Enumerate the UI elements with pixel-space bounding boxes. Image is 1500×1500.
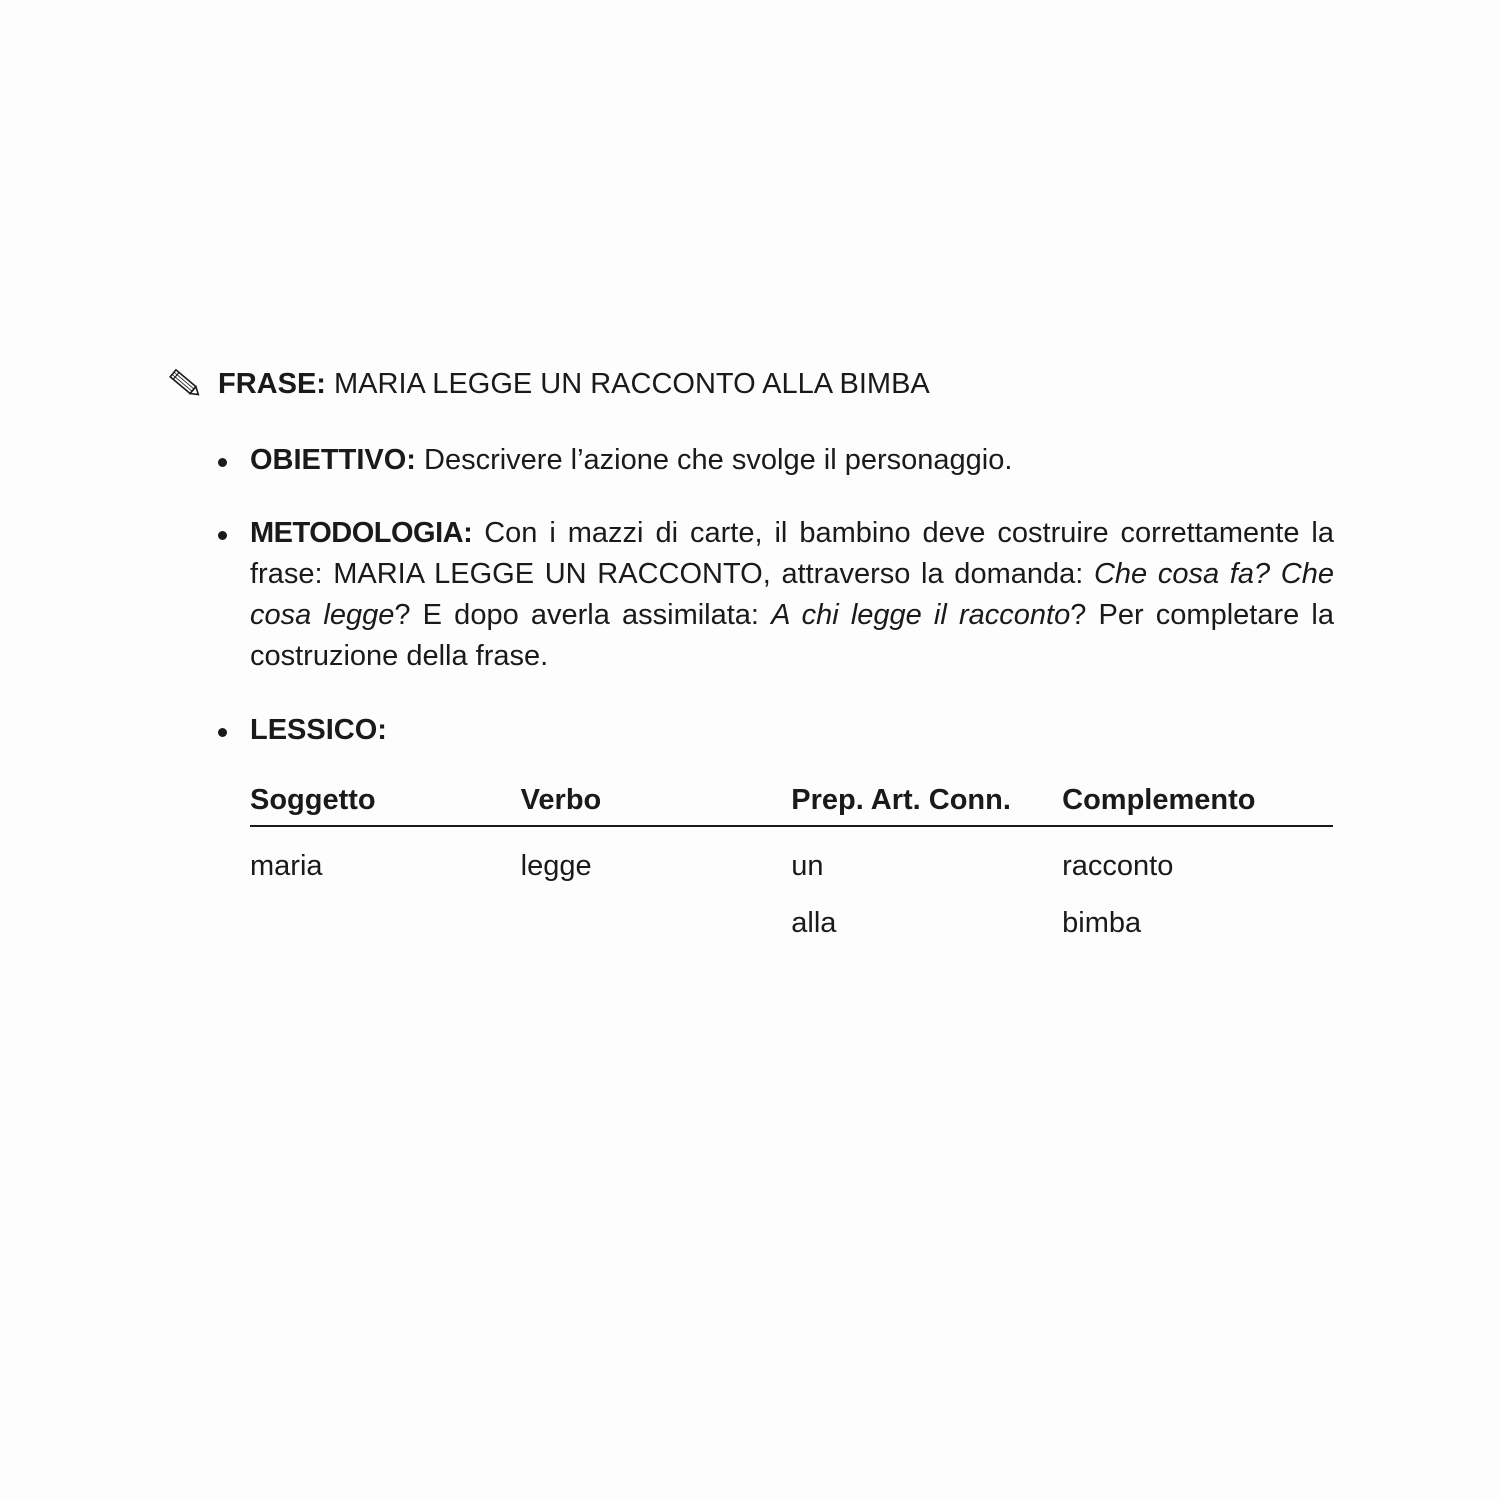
metodologia-paragraph: METODOLOGIA: Con i mazzi di carte, il ba…	[250, 513, 1334, 677]
table-cell: un	[791, 826, 1062, 883]
bullet-icon	[218, 531, 227, 540]
table-cell	[250, 883, 521, 940]
metodologia-question-2: A chi legge il racconto	[771, 599, 1070, 631]
table-cell: alla	[791, 883, 1062, 940]
table-cell: racconto	[1062, 826, 1333, 883]
table-cell	[521, 883, 792, 940]
metodologia-text: ? E dopo averla assimilata:	[394, 599, 771, 631]
table-cell: legge	[521, 826, 792, 883]
obiettivo-label: OBIETTIVO:	[250, 444, 416, 476]
frase-heading: FRASE: MARIA LEGGE UN RACCONTO ALLA BIMB…	[165, 366, 930, 402]
table-row: alla bimba	[250, 883, 1333, 940]
column-header-complemento: Complemento	[1062, 784, 1333, 826]
bullet-icon	[218, 728, 227, 737]
column-header-soggetto: Soggetto	[250, 784, 521, 826]
column-header-verbo: Verbo	[521, 784, 792, 826]
obiettivo-text: Descrivere l’azione che svolge il person…	[416, 444, 1012, 476]
table-row: maria legge un racconto	[250, 826, 1333, 883]
frase-text: MARIA LEGGE UN RACCONTO ALLA BIMBA	[326, 368, 930, 401]
table-cell: bimba	[1062, 883, 1333, 940]
table-cell: maria	[250, 826, 521, 883]
metodologia-label: METODOLOGIA:	[250, 517, 472, 549]
table-header-row: Soggetto Verbo Prep. Art. Conn. Compleme…	[250, 784, 1333, 826]
frase-label: FRASE:	[218, 368, 326, 401]
lessico-table: Soggetto Verbo Prep. Art. Conn. Compleme…	[250, 784, 1333, 940]
lessico-label: LESSICO:	[250, 714, 387, 747]
column-header-prep: Prep. Art. Conn.	[791, 784, 1062, 826]
pencil-icon	[165, 366, 205, 402]
bullet-icon	[218, 458, 227, 467]
